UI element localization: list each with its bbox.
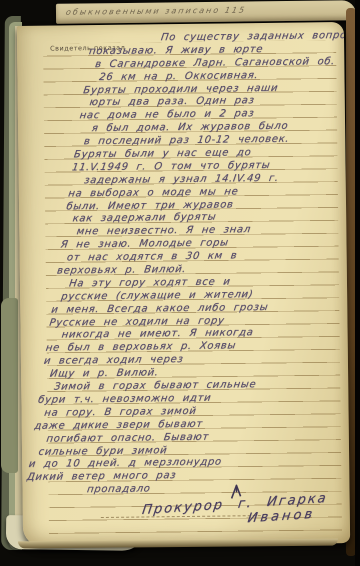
previous-page-handwriting: обыкновенными записано 115 [65, 5, 247, 16]
scanned-document-photo: обыкновенными записано 115 Свидетель пок… [0, 0, 360, 566]
page-bottom-edge [18, 539, 338, 549]
image-right-border [355, 0, 360, 566]
document-page: Свидетель показал По существу заданных в… [17, 22, 350, 547]
previous-page-edge: обыкновенными записано 115 [56, 0, 356, 24]
page-stack-tab [1, 298, 18, 473]
